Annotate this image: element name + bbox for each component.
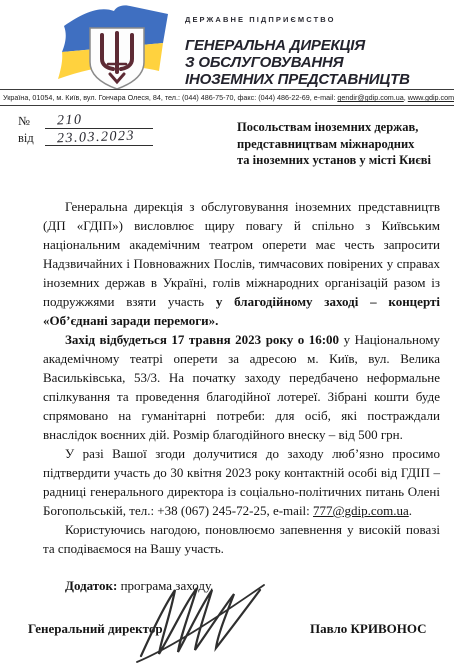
paragraph-event-details: Захід відбудеться 17 травня 2023 року о … (43, 330, 440, 444)
attachment-label: Додаток: (65, 578, 117, 593)
website-link[interactable]: www.gdip.com.ua (408, 93, 454, 102)
reference-number-label: № (18, 114, 40, 129)
email-link[interactable]: gendir@gdip.com.ua (337, 93, 403, 102)
paragraph-closing: Користуючись нагодою, поновлюємо запевне… (43, 520, 440, 558)
org-name-line-2: З ОБСЛУГОВУВАННЯ (185, 54, 450, 71)
reference-number-row: № 210 (18, 112, 153, 129)
paragraph-invitation: Генеральна дирекція з обслуговування іно… (43, 197, 440, 330)
reference-number-handwritten: 210 (57, 113, 83, 130)
org-type-label: ДЕРЖАВНЕ ПІДПРИЄМСТВО (185, 15, 450, 24)
org-name-line-3: ІНОЗЕМНИХ ПРЕДСТАВНИЦТВ (185, 71, 450, 88)
header-divider-bottom (0, 105, 454, 106)
paragraph-event-details-text: у Національному академічному театрі опер… (43, 332, 440, 442)
paragraph-rsvp-period: . (409, 503, 412, 518)
contact-line: Україна, 01054, м. Київ, вул. Гончара Ол… (0, 93, 454, 102)
header-divider-top (0, 89, 454, 90)
recipient-line-3: та іноземних установ у місті Києві (237, 152, 431, 169)
letterhead: ДЕРЖАВНЕ ПІДПРИЄМСТВО ГЕНЕРАЛЬНА ДИРЕКЦІ… (185, 15, 450, 88)
flag-trident-icon (56, 2, 174, 94)
reference-date-line: 23.03.2023 (45, 129, 153, 146)
recipient-line-2: представництвам міжнародних (237, 136, 431, 153)
contact-address: Україна, 01054, м. Київ, вул. Гончара Ол… (3, 93, 337, 102)
reference-date-row: від 23.03.2023 (18, 129, 153, 146)
paragraph-invitation-text: Генеральна дирекція з обслуговування іно… (43, 199, 440, 309)
org-name: ГЕНЕРАЛЬНА ДИРЕКЦІЯ З ОБСЛУГОВУВАННЯ ІНО… (185, 37, 450, 88)
reference-number-line: 210 (45, 112, 153, 129)
signatory-name: Павло КРИВОНОС (310, 621, 427, 637)
recipient-block: Посольствам іноземних держав, представни… (237, 119, 431, 169)
org-name-line-1: ГЕНЕРАЛЬНА ДИРЕКЦІЯ (185, 37, 450, 54)
reference-date-handwritten: 23.03.2023 (57, 129, 136, 148)
letter-body: Генеральна дирекція з обслуговування іно… (43, 197, 440, 595)
signature-handwriting-icon (133, 582, 268, 666)
ukraine-flag-emblem-logo (56, 2, 174, 94)
rsvp-email-link[interactable]: 777@gdip.com.ua (313, 503, 409, 518)
reference-date-label: від (18, 131, 40, 146)
paragraph-event-date-bold: Захід відбудеться 17 травня 2023 року о … (65, 332, 339, 347)
recipient-line-1: Посольствам іноземних держав, (237, 119, 431, 136)
reference-block: № 210 від 23.03.2023 (18, 112, 153, 146)
letter-page: ДЕРЖАВНЕ ПІДПРИЄМСТВО ГЕНЕРАЛЬНА ДИРЕКЦІ… (0, 0, 454, 672)
paragraph-rsvp: У разі Вашої згоди долучитися до заходу … (43, 444, 440, 520)
